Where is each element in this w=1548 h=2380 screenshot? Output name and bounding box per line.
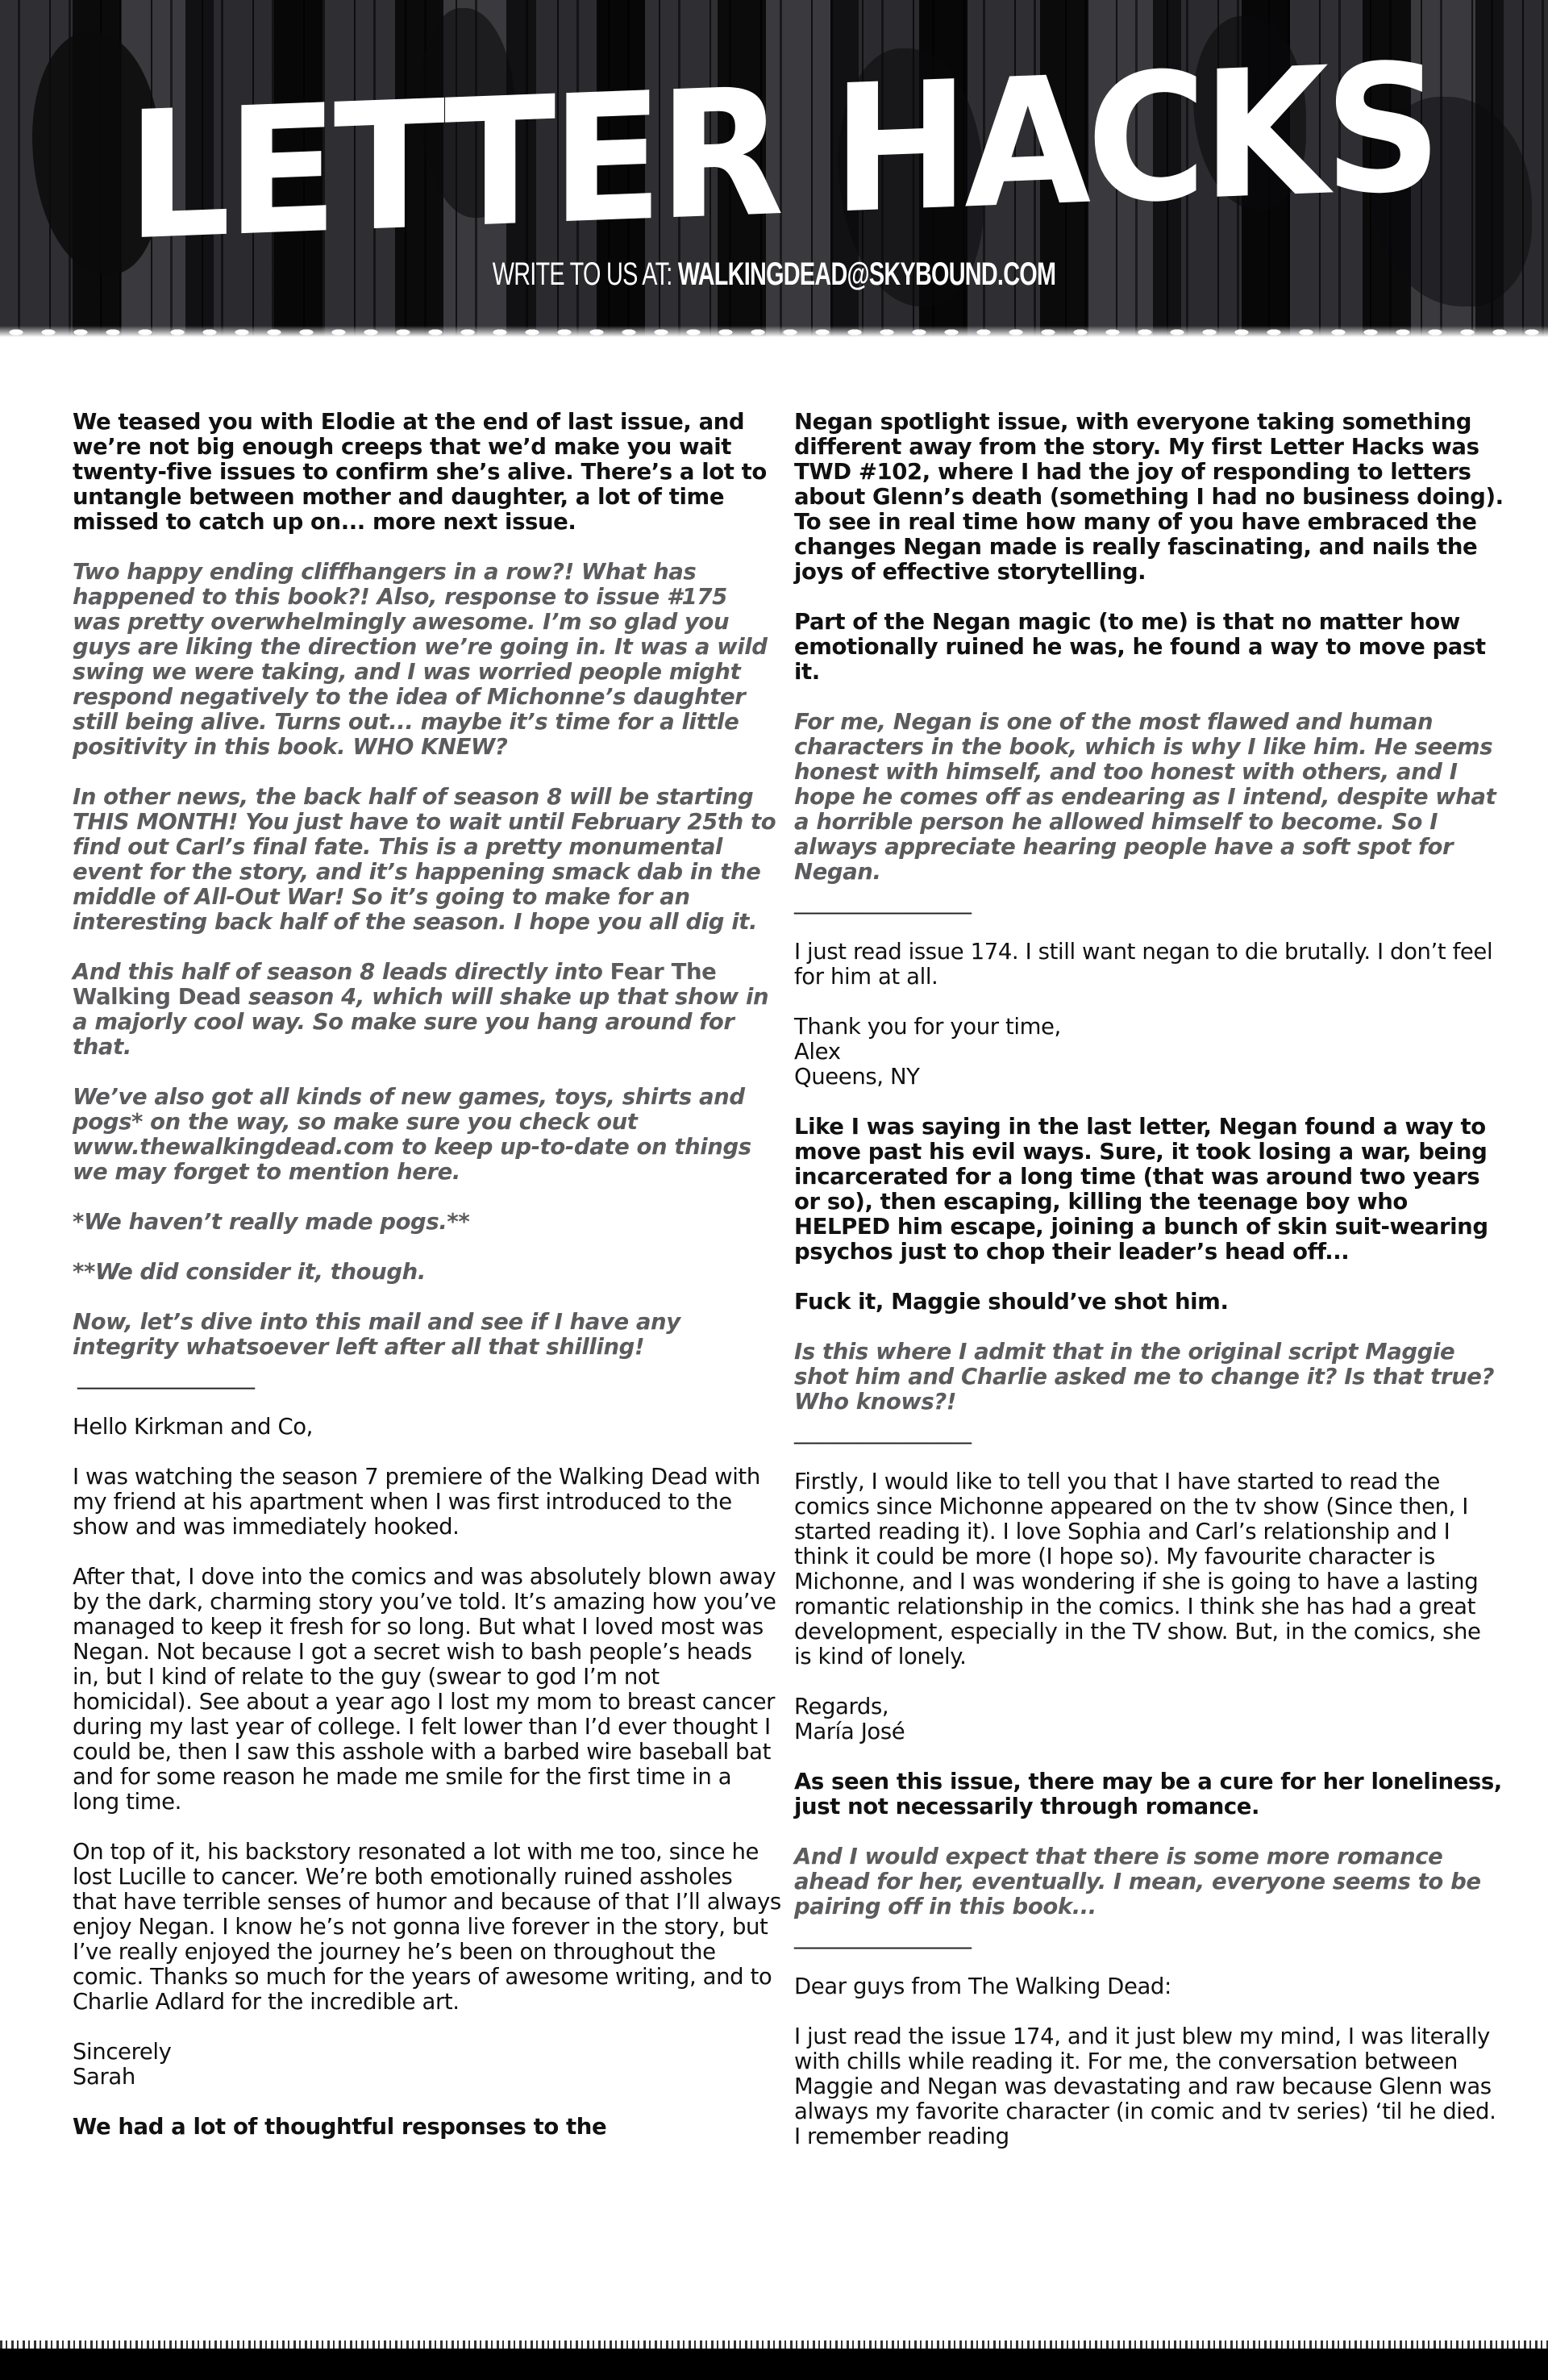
right-column: Negan spotlight issue, with everyone tak…: [794, 410, 1504, 2174]
footer-torn-strip: [0, 2349, 1548, 2380]
letter-separator: ________________: [794, 1924, 1504, 1949]
editor-note: And this half of season 8 leads directly…: [73, 960, 782, 1060]
editor-response: Fuck it, Maggie should’ve shot him.: [794, 1290, 1504, 1315]
letter-signoff: Sincerely Sarah: [73, 2040, 782, 2090]
letter-signoff: Regards, María José: [794, 1694, 1504, 1744]
editor-note: And I would expect that there is some mo…: [794, 1844, 1504, 1919]
contact-line: WRITE TO US AT: WALKINGDEAD@SKYBOUND.COM: [217, 256, 1331, 293]
contact-prefix: WRITE TO US AT:: [493, 256, 678, 292]
editor-note: Two happy ending cliffhangers in a row?!…: [73, 560, 782, 760]
letter-separator: ________________: [794, 1419, 1504, 1444]
letter-greeting: Hello Kirkman and Co,: [73, 1415, 782, 1440]
letter-paragraph: I was watching the season 7 premiere of …: [73, 1465, 782, 1540]
editor-note: Is this where I admit that in the origin…: [794, 1340, 1504, 1415]
letter-signoff: Thank you for your time, Alex Queens, NY: [794, 1015, 1504, 1090]
torn-edge-divider: [0, 2340, 1548, 2350]
letter-paragraph: I just read issue 174. I still want nega…: [794, 940, 1504, 990]
editor-response: Like I was saying in the last letter, Ne…: [794, 1115, 1504, 1265]
editor-response: Part of the Negan magic (to me) is that …: [794, 610, 1504, 685]
letter-separator: ________________: [794, 890, 1504, 915]
torn-edge-divider: [0, 326, 1548, 363]
letter-greeting: Dear guys from The Walking Dead:: [794, 1974, 1504, 1999]
editor-note: In other news, the back half of season 8…: [73, 785, 782, 935]
editor-response: Negan spotlight issue, with everyone tak…: [794, 410, 1504, 585]
footnote: *We haven’t really made pogs.**: [73, 1210, 782, 1235]
page-title: LETTER HACKS: [127, 40, 1438, 265]
editor-response: As seen this issue, there may be a cure …: [794, 1769, 1504, 1819]
footnote: **We did consider it, though.: [73, 1260, 782, 1285]
editor-note: We’ve also got all kinds of new games, t…: [73, 1085, 782, 1185]
title-container: LETTER HACKS: [73, 48, 1492, 258]
letter-separator: ________________: [73, 1365, 782, 1390]
contact-email[interactable]: WALKINGDEAD@SKYBOUND.COM: [678, 256, 1055, 292]
letter-paragraph: I just read the issue 174, and it just b…: [794, 2024, 1504, 2149]
editor-note: For me, Negan is one of the most flawed …: [794, 710, 1504, 885]
header-banner: LETTER HACKS WRITE TO US AT: WALKINGDEAD…: [0, 0, 1548, 363]
left-column: We teased you with Elodie at the end of …: [73, 410, 782, 2165]
letter-paragraph: Firstly, I would like to tell you that I…: [794, 1469, 1504, 1669]
editor-note: Now, let’s dive into this mail and see i…: [73, 1310, 782, 1360]
editor-note-text: And this half of season 8 leads directly…: [73, 959, 610, 985]
editor-response: We teased you with Elodie at the end of …: [73, 410, 782, 535]
letter-paragraph: On top of it, his backstory resonated a …: [73, 1840, 782, 2015]
editor-response: We had a lot of thoughtful responses to …: [73, 2115, 782, 2140]
letter-paragraph: After that, I dove into the comics and w…: [73, 1565, 782, 1815]
